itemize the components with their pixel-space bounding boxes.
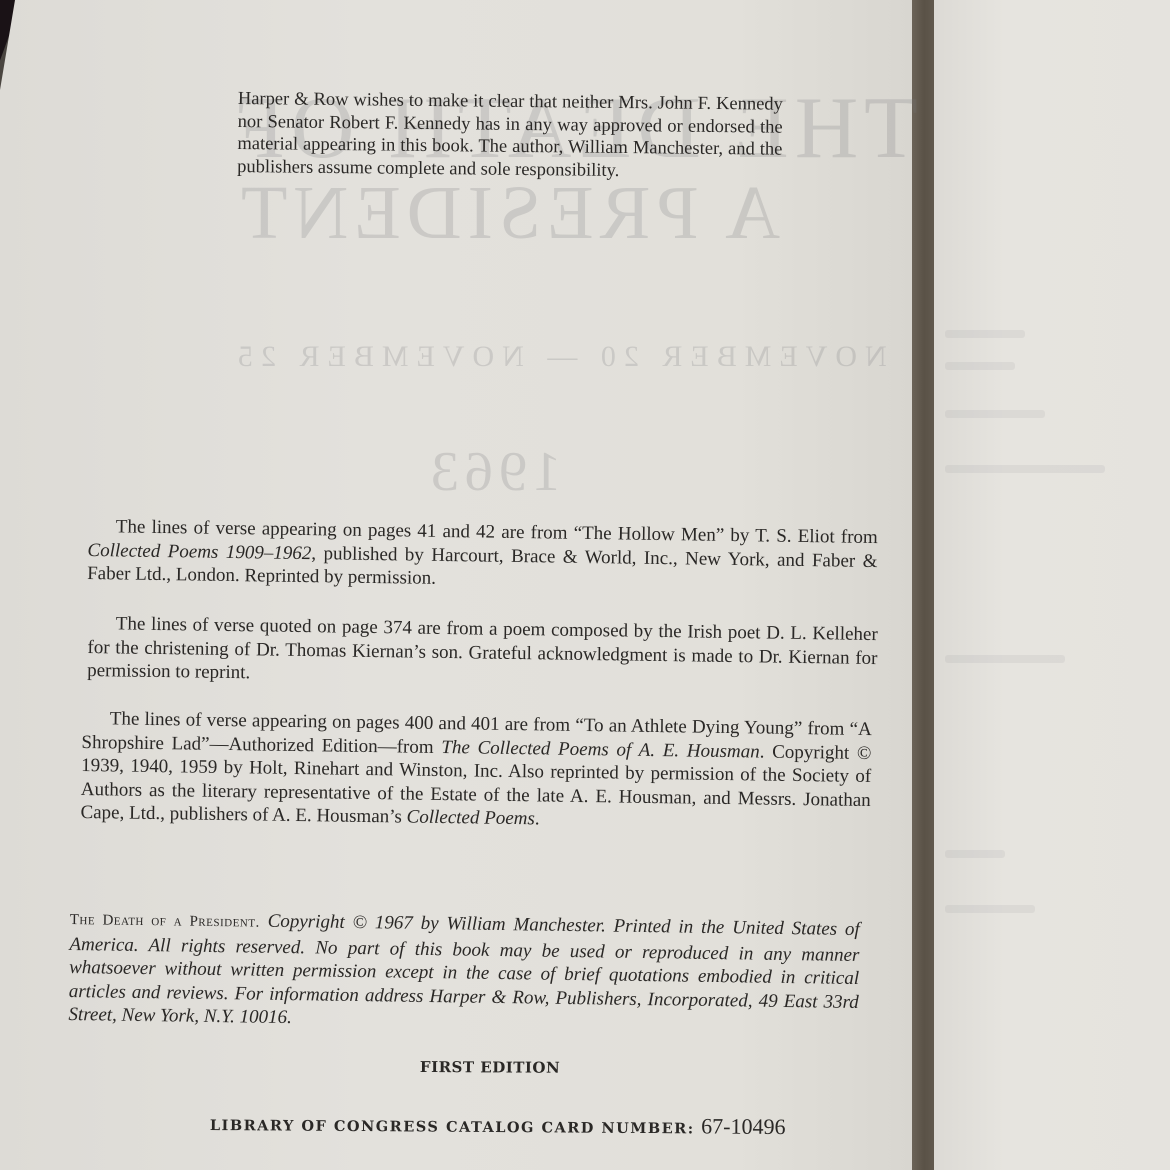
- bleed-through-dates: NOVEMBER 20 — NOVEMBER 25: [230, 340, 887, 374]
- lccn-label: LIBRARY OF CONGRESS CATALOG CARD NUMBER:: [210, 1117, 695, 1137]
- bleed-through-mark: [945, 362, 1015, 370]
- bleed-through-year: 1963: [425, 440, 561, 504]
- bleed-through-title-line-2: A PRESIDENT: [235, 170, 780, 257]
- bleed-through-mark: [945, 905, 1035, 913]
- permission-paragraph-kelleher: The lines of verse quoted on page 374 ar…: [87, 612, 878, 694]
- permission-paragraph-eliot: The lines of verse appearing on pages 41…: [87, 515, 878, 597]
- bleed-through-mark: [945, 465, 1105, 473]
- edition-label: FIRST EDITION: [420, 1058, 560, 1077]
- copyright-statement: The Death of a President. Copyright © 19…: [68, 907, 860, 1038]
- bleed-through-mark: [945, 850, 1005, 858]
- text-run: .: [535, 808, 540, 829]
- permission-paragraph-housman: The lines of verse appearing on pages 40…: [80, 707, 872, 836]
- italic-title: The Collected Poems of A. E. Housman: [441, 737, 760, 762]
- publisher-notice: Harper & Row wishes to make it clear tha…: [237, 88, 783, 184]
- italic-title: Collected Poems: [406, 807, 534, 830]
- text-run: The lines of verse quoted on page 374 ar…: [87, 613, 878, 683]
- italic-title: Collected Poems 1909–1962: [87, 539, 311, 563]
- right-page: [934, 0, 1170, 1170]
- bleed-through-mark: [945, 330, 1025, 338]
- book-title-smallcaps: The Death of a President.: [70, 912, 260, 931]
- bleed-through-mark: [945, 655, 1065, 663]
- lccn-line: LIBRARY OF CONGRESS CATALOG CARD NUMBER:…: [210, 1110, 786, 1140]
- bleed-through-mark: [945, 410, 1045, 418]
- lccn-number: 67-10496: [701, 1113, 786, 1139]
